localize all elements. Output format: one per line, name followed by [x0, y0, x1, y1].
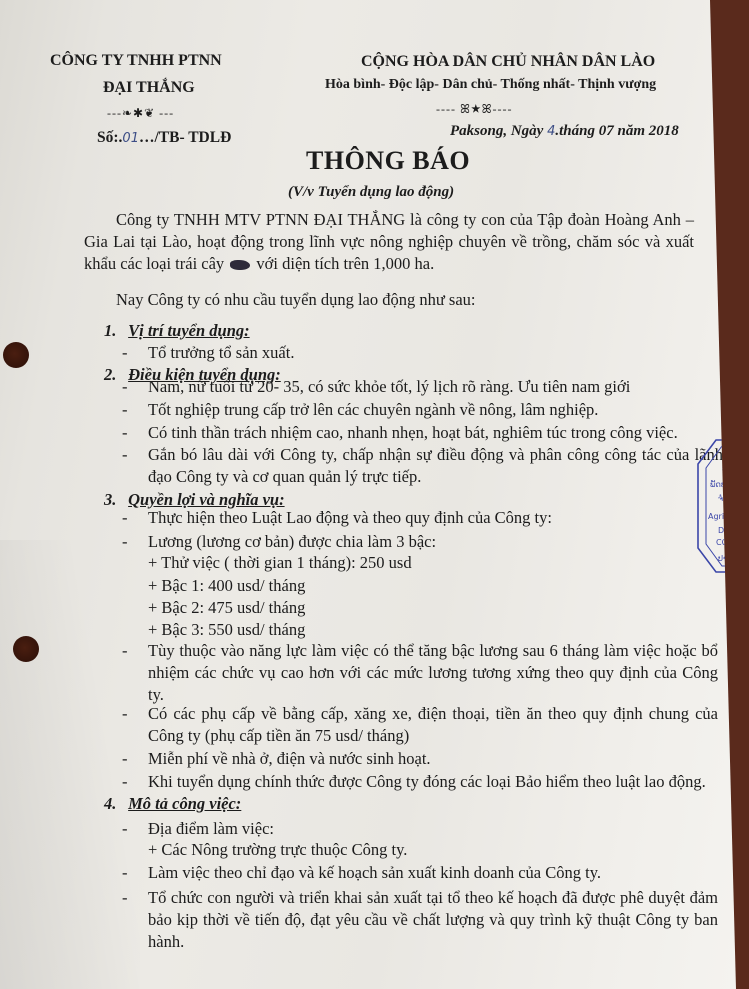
- bullet: -: [122, 862, 148, 884]
- stamp-text: ພັດທະນາກະສິກ: [710, 480, 749, 489]
- document-title: THÔNG BÁO: [306, 146, 470, 176]
- salary-level: + Bậc 3: 550 usd/ tháng: [148, 620, 305, 640]
- punch-hole: [3, 342, 29, 368]
- section-label: Vị trí tuyển dụng:: [128, 321, 250, 340]
- document-number: Số:.01…/TB- TDLĐ: [97, 129, 231, 147]
- stamp-text: ຈຳກັດຜູ້: [718, 494, 744, 503]
- bullet: -: [122, 342, 148, 364]
- item-text: Gắn bó lâu dài với Công ty, chấp nhận sự…: [148, 444, 723, 488]
- doc-number-handwritten: 01: [122, 131, 139, 146]
- intro-paragraph: Công ty TNHH MTV PTNN ĐẠI THẮNG là công …: [84, 209, 694, 275]
- list-item: -Có các phụ cấp về bằng cấp, xăng xe, đi…: [122, 703, 718, 747]
- bullet: -: [122, 507, 148, 529]
- punch-hole: [13, 636, 39, 662]
- section-number: 4.: [104, 794, 124, 814]
- item-text: Miễn phí về nhà ở, điện và nước sinh hoạ…: [148, 748, 431, 770]
- company-stamp: ກະສິກ ບໍລິສັດ ພັດທະນາກະສິກ ຈຳກັດຜູ້ Agri…: [696, 436, 749, 576]
- document-page: CÔNG TY TNHH PTNN ĐẠI THẮNG ---❧✱❦ --- S…: [0, 0, 736, 989]
- stamp-text: Agricultural Deve: [708, 512, 749, 521]
- item-text: Nam, nữ tuổi từ 20- 35, có sức khỏe tốt,…: [148, 376, 630, 398]
- stamp-text: Daithang: [718, 526, 749, 535]
- list-item: -Tổ chức con người và triển khai sản xuấ…: [122, 887, 718, 953]
- item-text: Khi tuyển dụng chính thức được Công ty đ…: [148, 771, 706, 793]
- list-item: -Khi tuyển dụng chính thức được Công ty …: [122, 771, 706, 793]
- item-text: Tổ chức con người và triển khai sản xuất…: [148, 887, 718, 953]
- item-text: Có các phụ cấp về bằng cấp, xăng xe, điệ…: [148, 703, 718, 747]
- section-number: 1.: [104, 321, 124, 341]
- item-text: Tổ trưởng tổ sản xuất.: [148, 342, 294, 364]
- country-name: CỘNG HÒA DÂN CHỦ NHÂN DÂN LÀO: [361, 53, 655, 71]
- section-label: Mô tả công việc:: [128, 794, 241, 813]
- list-item: -Miễn phí về nhà ở, điện và nước sinh ho…: [122, 748, 431, 770]
- item-text: Làm việc theo chỉ đạo và kế hoạch sản xu…: [148, 862, 601, 884]
- bullet: -: [122, 748, 148, 770]
- document-subtitle: (V/v Tuyển dụng lao động): [288, 184, 454, 201]
- list-item: -Tốt nghiệp trung cấp trở lên các chuyên…: [122, 399, 598, 421]
- bullet: -: [122, 422, 148, 444]
- salary-level: + Thử việc ( thời gian 1 tháng): 250 usd: [148, 553, 412, 573]
- list-item: -Tùy thuộc vào năng lực làm việc có thể …: [122, 640, 718, 706]
- document-date: Paksong, Ngày 4.tháng 07 năm 2018: [450, 123, 679, 140]
- bullet: -: [122, 376, 148, 398]
- item-text: Tốt nghiệp trung cấp trở lên các chuyên …: [148, 399, 598, 421]
- doc-number-prefix: Số:.: [97, 129, 122, 146]
- item-text: Tùy thuộc vào năng lực làm việc có thể t…: [148, 640, 718, 706]
- list-item: -Làm việc theo chỉ đạo và kế hoạch sản x…: [122, 862, 601, 884]
- list-item: -Thực hiện theo Luật Lao động và theo qu…: [122, 507, 552, 529]
- item-text: Thực hiện theo Luật Lao động và theo quy…: [148, 507, 552, 529]
- intro-text-end: với diện tích trên 1,000 ha.: [256, 254, 434, 273]
- bullet: -: [122, 640, 148, 662]
- ornament-left: ---❧✱❦ ---: [107, 106, 174, 121]
- page-shadow: [0, 540, 140, 989]
- stamp-text: ກະສິກ: [722, 446, 743, 455]
- stamp-text: ປາກຊ່ອງ: [718, 554, 747, 563]
- country-motto: Hòa bình- Độc lập- Dân chủ- Thống nhất- …: [325, 77, 656, 93]
- company-name: CÔNG TY TNHH PTNN: [50, 52, 222, 70]
- bullet: -: [122, 771, 148, 793]
- section-heading-4: 4. Mô tả công việc:: [104, 794, 241, 814]
- bullet: -: [122, 531, 148, 553]
- bullet: -: [122, 444, 148, 466]
- stamp-text: ບໍລິສັດ: [722, 464, 743, 473]
- item-text: Địa điểm làm việc:: [148, 818, 274, 840]
- stamp-text: CO.,LTD: [716, 538, 747, 547]
- salary-level: + Bậc 2: 475 usd/ tháng: [148, 598, 305, 618]
- date-prefix: Paksong, Ngày: [450, 123, 547, 139]
- date-suffix: .tháng 07 năm 2018: [555, 123, 678, 139]
- list-item: -Gắn bó lâu dài với Công ty, chấp nhận s…: [122, 444, 723, 488]
- item-text: Có tinh thần trách nhiệm cao, nhanh nhẹn…: [148, 422, 678, 444]
- workplace-detail: + Các Nông trường trực thuộc Công ty.: [148, 840, 407, 860]
- redaction-mark: [230, 260, 250, 270]
- company-name-line2: ĐẠI THẮNG: [103, 79, 195, 97]
- bullet: -: [122, 887, 148, 909]
- section-number: 3.: [104, 490, 124, 510]
- list-item: -Có tinh thần trách nhiệm cao, nhanh nhẹ…: [122, 422, 678, 444]
- item-text: Lương (lương cơ bản) được chia làm 3 bậc…: [148, 531, 436, 553]
- list-item: -Nam, nữ tuổi từ 20- 35, có sức khỏe tốt…: [122, 376, 630, 398]
- list-item: -Lương (lương cơ bản) được chia làm 3 bậ…: [122, 531, 436, 553]
- ornament-right: ---- ꕤ★ꕤ----: [436, 102, 513, 117]
- section-number: 2.: [104, 365, 124, 385]
- bullet: -: [122, 818, 148, 840]
- list-item: -Địa điểm làm việc:: [122, 818, 274, 840]
- doc-number-suffix: …/TB- TDLĐ: [139, 129, 231, 146]
- section-heading-1: 1. Vị trí tuyển dụng:: [104, 321, 250, 341]
- intro-need: Nay Công ty có nhu cầu tuyển dụng lao độ…: [116, 288, 476, 311]
- list-item: -Tổ trưởng tổ sản xuất.: [122, 342, 294, 364]
- bullet: -: [122, 399, 148, 421]
- bullet: -: [122, 703, 148, 725]
- salary-level: + Bậc 1: 400 usd/ tháng: [148, 576, 305, 596]
